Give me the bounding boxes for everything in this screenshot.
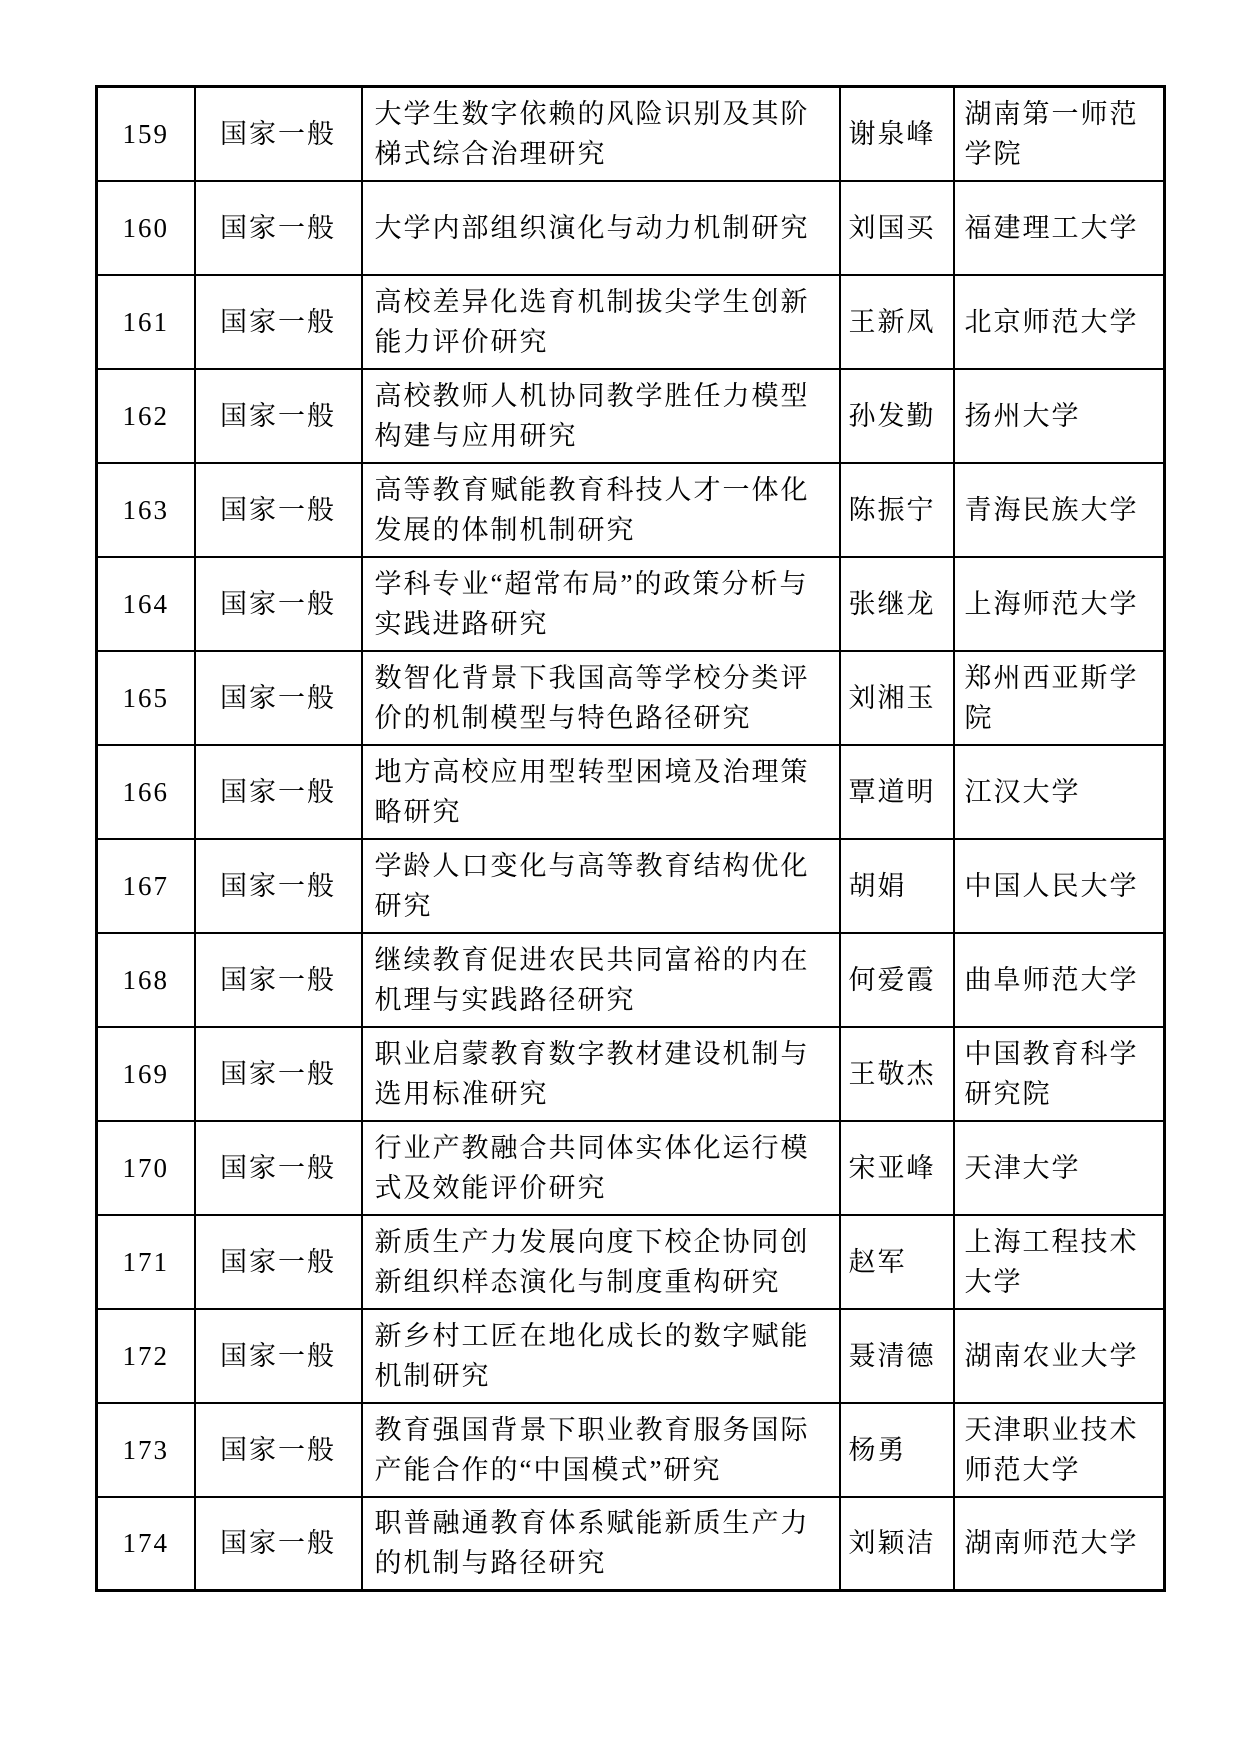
table-body: 159国家一般大学生数字依赖的风险识别及其阶梯式综合治理研究谢泉峰湖南第一师范学… xyxy=(97,87,1165,1591)
category-cell: 国家一般 xyxy=(195,557,362,651)
project-list-table: 159国家一般大学生数字依赖的风险识别及其阶梯式综合治理研究谢泉峰湖南第一师范学… xyxy=(95,85,1166,1592)
leader-name-cell: 谢泉峰 xyxy=(840,87,954,181)
table-row: 160国家一般大学内部组织演化与动力机制研究刘国买福建理工大学 xyxy=(97,181,1165,275)
table-row: 159国家一般大学生数字依赖的风险识别及其阶梯式综合治理研究谢泉峰湖南第一师范学… xyxy=(97,87,1165,181)
row-number-cell: 162 xyxy=(97,369,195,463)
category-cell: 国家一般 xyxy=(195,839,362,933)
leader-name-cell: 刘国买 xyxy=(840,181,954,275)
leader-name-cell: 宋亚峰 xyxy=(840,1121,954,1215)
institution-cell: 天津职业技术师范大学 xyxy=(954,1403,1165,1497)
table-row: 164国家一般学科专业“超常布局”的政策分析与实践进路研究张继龙上海师范大学 xyxy=(97,557,1165,651)
category-cell: 国家一般 xyxy=(195,1403,362,1497)
project-title-cell: 新质生产力发展向度下校企协同创新组织样态演化与制度重构研究 xyxy=(362,1215,840,1309)
institution-cell: 天津大学 xyxy=(954,1121,1165,1215)
institution-cell: 湖南第一师范学院 xyxy=(954,87,1165,181)
institution-cell: 上海工程技术大学 xyxy=(954,1215,1165,1309)
project-title-cell: 职业启蒙教育数字教材建设机制与选用标准研究 xyxy=(362,1027,840,1121)
table-row: 174国家一般职普融通教育体系赋能新质生产力的机制与路径研究刘颖洁湖南师范大学 xyxy=(97,1497,1165,1591)
project-title-cell: 高等教育赋能教育科技人才一体化发展的体制机制研究 xyxy=(362,463,840,557)
row-number-cell: 171 xyxy=(97,1215,195,1309)
table-row: 165国家一般数智化背景下我国高等学校分类评价的机制模型与特色路径研究刘湘玉郑州… xyxy=(97,651,1165,745)
project-title-cell: 职普融通教育体系赋能新质生产力的机制与路径研究 xyxy=(362,1497,840,1591)
leader-name-cell: 何爱霞 xyxy=(840,933,954,1027)
leader-name-cell: 胡娟 xyxy=(840,839,954,933)
leader-name-cell: 刘颖洁 xyxy=(840,1497,954,1591)
project-title-cell: 高校教师人机协同教学胜任力模型构建与应用研究 xyxy=(362,369,840,463)
project-title-cell: 学科专业“超常布局”的政策分析与实践进路研究 xyxy=(362,557,840,651)
category-cell: 国家一般 xyxy=(195,933,362,1027)
category-cell: 国家一般 xyxy=(195,1497,362,1591)
document-page: 159国家一般大学生数字依赖的风险识别及其阶梯式综合治理研究谢泉峰湖南第一师范学… xyxy=(0,0,1241,1754)
row-number-cell: 173 xyxy=(97,1403,195,1497)
leader-name-cell: 杨勇 xyxy=(840,1403,954,1497)
category-cell: 国家一般 xyxy=(195,275,362,369)
project-title-cell: 新乡村工匠在地化成长的数字赋能机制研究 xyxy=(362,1309,840,1403)
project-title-cell: 继续教育促进农民共同富裕的内在机理与实践路径研究 xyxy=(362,933,840,1027)
institution-cell: 湖南师范大学 xyxy=(954,1497,1165,1591)
institution-cell: 中国人民大学 xyxy=(954,839,1165,933)
table-row: 163国家一般高等教育赋能教育科技人才一体化发展的体制机制研究陈振宁青海民族大学 xyxy=(97,463,1165,557)
project-title-cell: 大学内部组织演化与动力机制研究 xyxy=(362,181,840,275)
row-number-cell: 170 xyxy=(97,1121,195,1215)
project-title-cell: 教育强国背景下职业教育服务国际产能合作的“中国模式”研究 xyxy=(362,1403,840,1497)
institution-cell: 福建理工大学 xyxy=(954,181,1165,275)
institution-cell: 北京师范大学 xyxy=(954,275,1165,369)
institution-cell: 郑州西亚斯学院 xyxy=(954,651,1165,745)
row-number-cell: 164 xyxy=(97,557,195,651)
category-cell: 国家一般 xyxy=(195,1027,362,1121)
leader-name-cell: 聂清德 xyxy=(840,1309,954,1403)
project-title-cell: 高校差异化选育机制拔尖学生创新能力评价研究 xyxy=(362,275,840,369)
row-number-cell: 172 xyxy=(97,1309,195,1403)
project-title-cell: 数智化背景下我国高等学校分类评价的机制模型与特色路径研究 xyxy=(362,651,840,745)
row-number-cell: 161 xyxy=(97,275,195,369)
leader-name-cell: 刘湘玉 xyxy=(840,651,954,745)
category-cell: 国家一般 xyxy=(195,651,362,745)
institution-cell: 中国教育科学研究院 xyxy=(954,1027,1165,1121)
row-number-cell: 163 xyxy=(97,463,195,557)
row-number-cell: 168 xyxy=(97,933,195,1027)
table-row: 169国家一般职业启蒙教育数字教材建设机制与选用标准研究王敬杰中国教育科学研究院 xyxy=(97,1027,1165,1121)
table-row: 166国家一般地方高校应用型转型困境及治理策略研究覃道明江汉大学 xyxy=(97,745,1165,839)
leader-name-cell: 覃道明 xyxy=(840,745,954,839)
row-number-cell: 169 xyxy=(97,1027,195,1121)
row-number-cell: 174 xyxy=(97,1497,195,1591)
row-number-cell: 167 xyxy=(97,839,195,933)
leader-name-cell: 王敬杰 xyxy=(840,1027,954,1121)
table-row: 161国家一般高校差异化选育机制拔尖学生创新能力评价研究王新凤北京师范大学 xyxy=(97,275,1165,369)
category-cell: 国家一般 xyxy=(195,1215,362,1309)
table-row: 162国家一般高校教师人机协同教学胜任力模型构建与应用研究孙发勤扬州大学 xyxy=(97,369,1165,463)
category-cell: 国家一般 xyxy=(195,745,362,839)
row-number-cell: 159 xyxy=(97,87,195,181)
institution-cell: 青海民族大学 xyxy=(954,463,1165,557)
project-title-cell: 地方高校应用型转型困境及治理策略研究 xyxy=(362,745,840,839)
row-number-cell: 166 xyxy=(97,745,195,839)
leader-name-cell: 陈振宁 xyxy=(840,463,954,557)
leader-name-cell: 赵军 xyxy=(840,1215,954,1309)
leader-name-cell: 孙发勤 xyxy=(840,369,954,463)
category-cell: 国家一般 xyxy=(195,463,362,557)
project-title-cell: 行业产教融合共同体实体化运行模式及效能评价研究 xyxy=(362,1121,840,1215)
institution-cell: 扬州大学 xyxy=(954,369,1165,463)
institution-cell: 江汉大学 xyxy=(954,745,1165,839)
table-row: 167国家一般学龄人口变化与高等教育结构优化研究胡娟中国人民大学 xyxy=(97,839,1165,933)
table-row: 173国家一般教育强国背景下职业教育服务国际产能合作的“中国模式”研究杨勇天津职… xyxy=(97,1403,1165,1497)
institution-cell: 上海师范大学 xyxy=(954,557,1165,651)
table-row: 172国家一般新乡村工匠在地化成长的数字赋能机制研究聂清德湖南农业大学 xyxy=(97,1309,1165,1403)
table-row: 170国家一般行业产教融合共同体实体化运行模式及效能评价研究宋亚峰天津大学 xyxy=(97,1121,1165,1215)
category-cell: 国家一般 xyxy=(195,87,362,181)
table-row: 168国家一般继续教育促进农民共同富裕的内在机理与实践路径研究何爱霞曲阜师范大学 xyxy=(97,933,1165,1027)
category-cell: 国家一般 xyxy=(195,1121,362,1215)
category-cell: 国家一般 xyxy=(195,1309,362,1403)
table-row: 171国家一般新质生产力发展向度下校企协同创新组织样态演化与制度重构研究赵军上海… xyxy=(97,1215,1165,1309)
institution-cell: 曲阜师范大学 xyxy=(954,933,1165,1027)
project-title-cell: 学龄人口变化与高等教育结构优化研究 xyxy=(362,839,840,933)
leader-name-cell: 王新凤 xyxy=(840,275,954,369)
row-number-cell: 160 xyxy=(97,181,195,275)
category-cell: 国家一般 xyxy=(195,181,362,275)
leader-name-cell: 张继龙 xyxy=(840,557,954,651)
row-number-cell: 165 xyxy=(97,651,195,745)
institution-cell: 湖南农业大学 xyxy=(954,1309,1165,1403)
project-title-cell: 大学生数字依赖的风险识别及其阶梯式综合治理研究 xyxy=(362,87,840,181)
category-cell: 国家一般 xyxy=(195,369,362,463)
